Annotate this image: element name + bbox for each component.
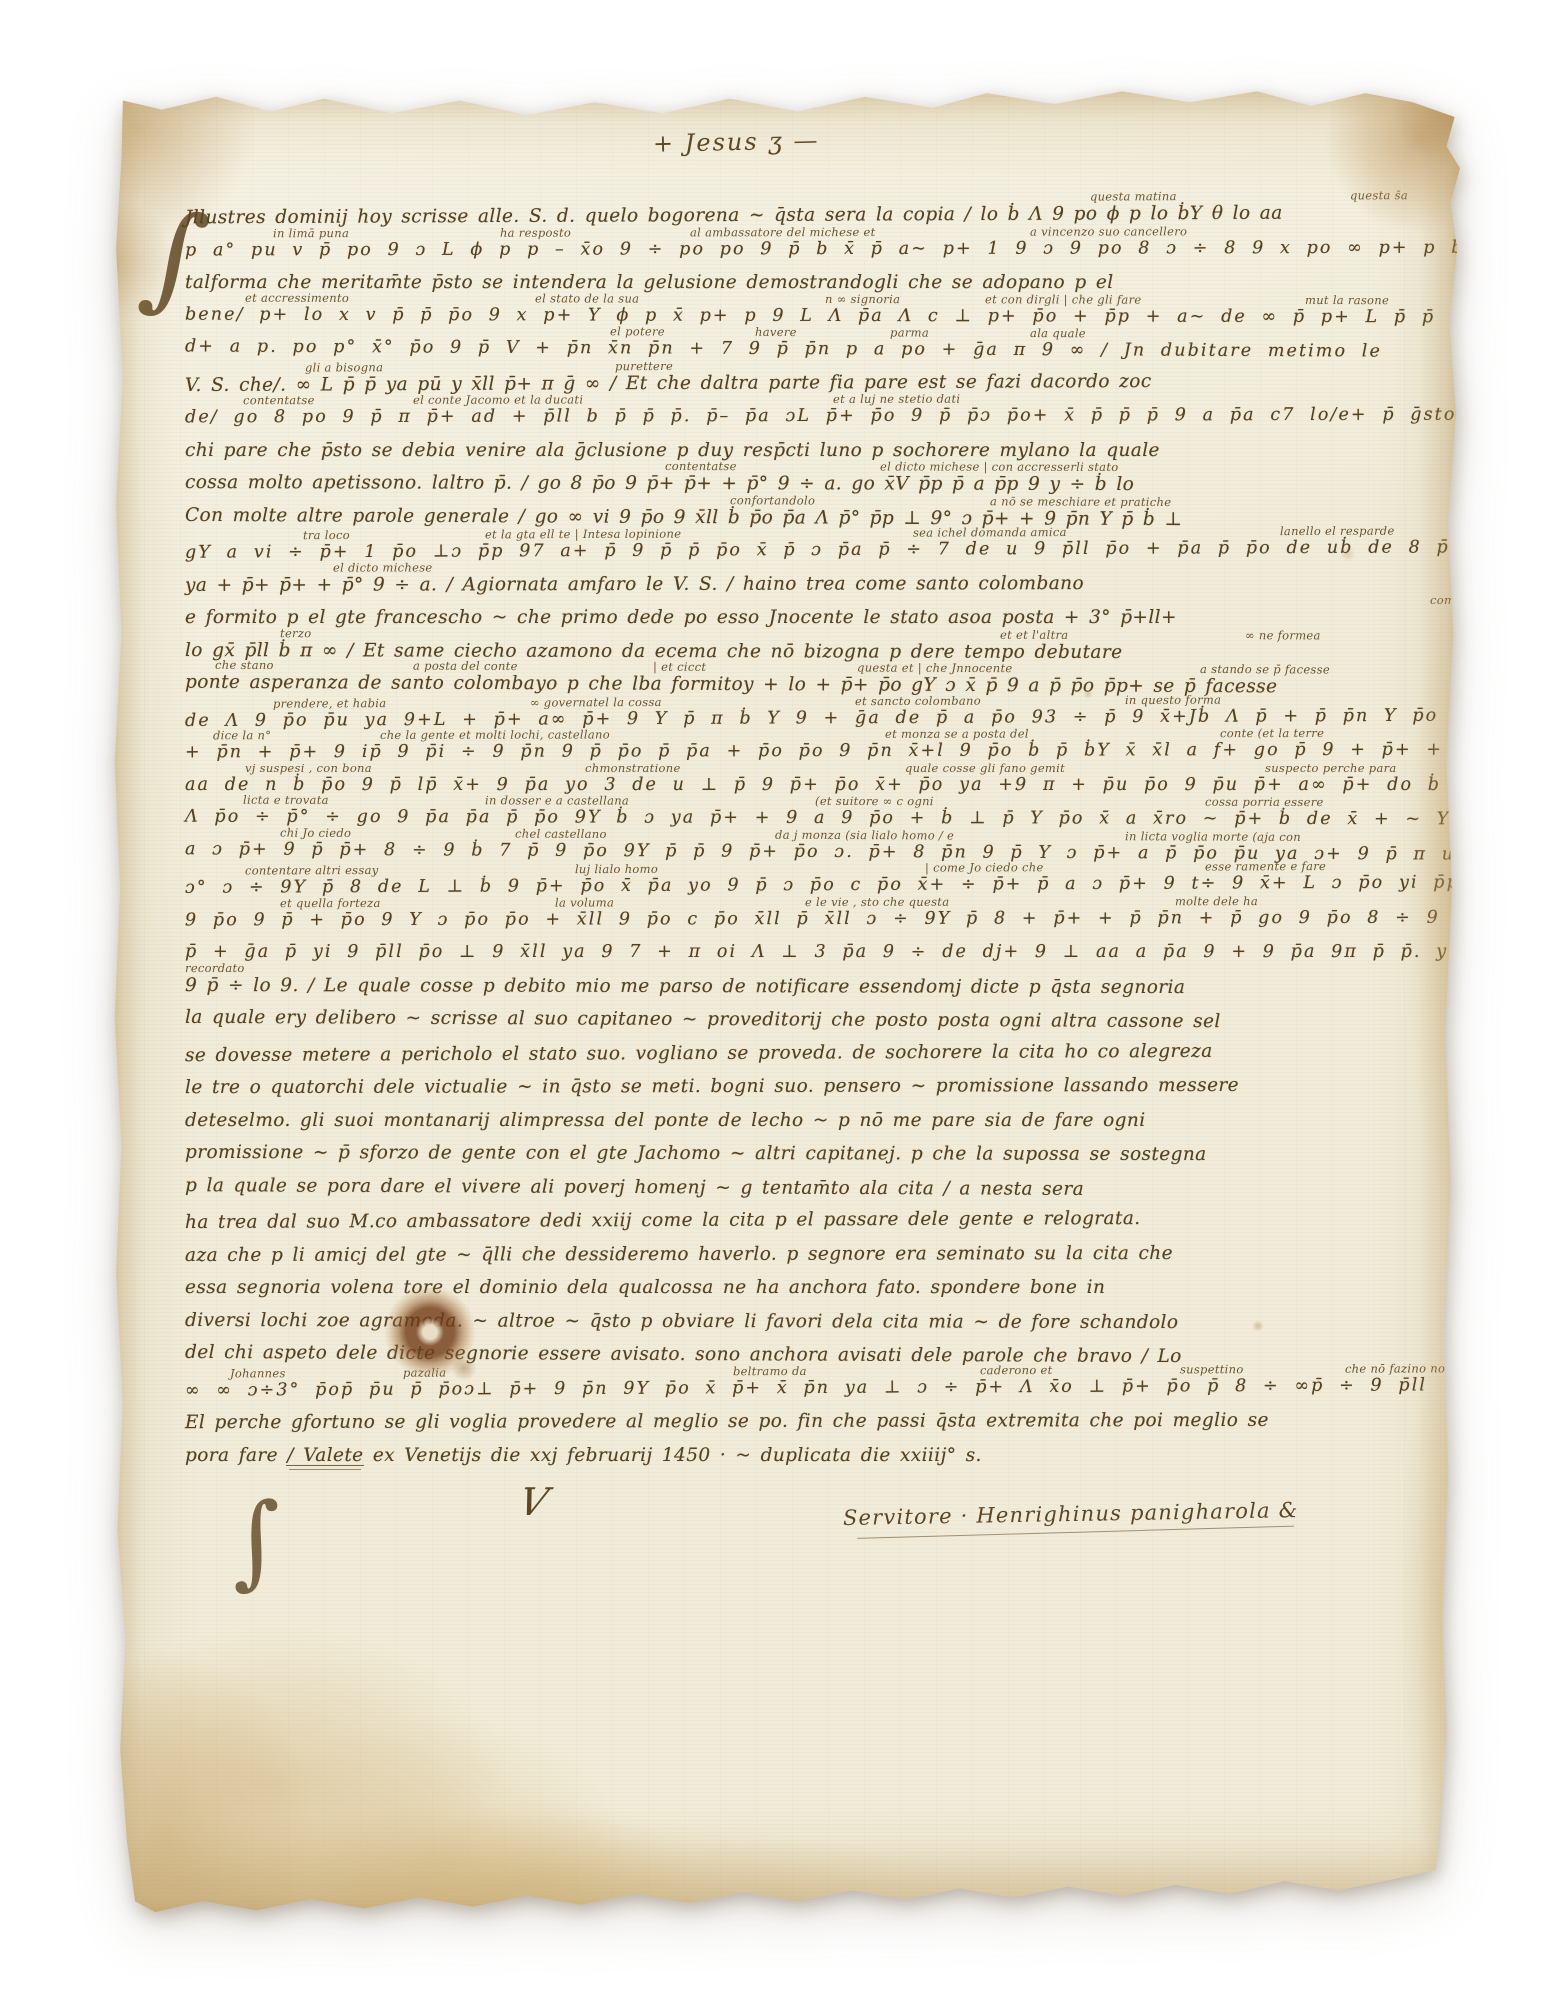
interlinear-gloss: cossa porria essere xyxy=(1205,795,1324,809)
margin-flourish-bottom: ∫ xyxy=(226,1480,286,1600)
paper-sheet: + Jesus ʒ — ∫ Jllustres dominij hoy scri… xyxy=(108,84,1460,1914)
interlinear-gloss: e le vie , sto che questa xyxy=(805,895,949,909)
line-text: Λ p̄o ÷ p̄° ÷ go 9 p̄a p̄a p̄ p̄o 9Y ḃ ɔ… xyxy=(185,807,1484,830)
interlinear-gloss: lanello el resparde xyxy=(1280,524,1395,538)
interlinear-gloss: a stando se p̄ facesse xyxy=(1200,662,1330,677)
interlinear-gloss: terzo xyxy=(280,626,311,640)
photo-background: { "photo": { "background": "#ffffff" }, … xyxy=(0,0,1559,2000)
manuscript-line: cossa molto apetissono. laltro p̄. / go … xyxy=(185,472,1134,495)
signature: Servitore · Henrighinus panigharola & xyxy=(843,1498,1299,1537)
interlinear-gloss: esse ramente e fare xyxy=(1205,859,1326,874)
line-text: V. S. che/. ∞ L p̄ p̄ ya pū y x̄ll p̄+ π… xyxy=(185,371,1152,396)
line-text: talforma che meritam̄te p̄sto se intende… xyxy=(185,272,1114,293)
interlinear-gloss: prendere, et habia xyxy=(273,696,387,710)
line-text: gY a vi ÷ p̄+ 1 p̄o ⊥ɔ p̄p 97 a+ p̄ 9 p̄… xyxy=(185,537,1471,562)
line-text: El perche gfortuno se gli voglia provede… xyxy=(185,1410,1269,1433)
valete-underline-1 xyxy=(286,1465,364,1466)
interlinear-gloss: (et suitore ∞ c ogni xyxy=(815,794,934,808)
line-text: ∞ ∞ ɔ÷3° p̄op̄ p̄u p̄ p̄oɔ⊥ p̄+ 9 p̄n 9Y… xyxy=(185,1375,1427,1400)
interlinear-gloss: a nō se meschiare et pratiche xyxy=(990,494,1171,509)
interlinear-gloss: purettere xyxy=(615,359,673,373)
line-text: p̄ + ḡa p̄ yi 9 p̄ll p̄o ⊥ 9 x̄ll ya 9 7… xyxy=(185,942,1456,962)
manuscript-line: bene/ p+ lo x v p̄ p̄ p̄o 9 x p+ Y ϕ p x… xyxy=(185,305,1506,328)
check-mark: V xyxy=(515,1480,552,1524)
line-text: promissione ~ p̄ sforzo de gente con el … xyxy=(185,1142,1207,1165)
manuscript-line: gY a vi ÷ p̄+ 1 p̄o ⊥ɔ p̄p 97 a+ p̄ 9 p̄… xyxy=(185,537,1471,562)
manuscript-line: se dovesse metere a pericholo el stato s… xyxy=(185,1041,1213,1066)
line-text: + p̄n + p̄+ 9 ip̄ 9 p̄i ÷ 9 p̄n 9 p̄ p̄o… xyxy=(185,740,1499,763)
interlinear-gloss: suspettino xyxy=(1180,1362,1244,1376)
manuscript-line: aa de n ḃ p̄o 9 p̄ lp̄ x̄+ 9 p̄a yo 3 de… xyxy=(185,775,1559,795)
interlinear-gloss: licta e trovata xyxy=(243,793,329,807)
interlinear-gloss: che nō fazino novitate xyxy=(1345,1361,1480,1376)
interlinear-gloss: el dicto michese xyxy=(333,560,433,574)
manuscript-line: ponte asperanza de santo colombayo p che… xyxy=(185,672,1277,698)
interlinear-gloss: questa s̄a xyxy=(1350,188,1408,202)
interlinear-gloss: parma xyxy=(890,325,929,339)
interlinear-gloss: el potere xyxy=(610,324,665,338)
line-text: cossa molto apetissono. laltro p̄. / go … xyxy=(185,472,1134,495)
manuscript-line: 9 p̄ ÷ lo 9. / Le quale cosse p debito m… xyxy=(185,975,1185,998)
interlinear-gloss: Johannes xyxy=(230,1366,286,1380)
interlinear-gloss: in limā puna xyxy=(273,226,349,240)
manuscript-line: le tre o quatorchi dele victualie ~ in q… xyxy=(185,1075,1239,1098)
manuscript-line: ha trea dal suo M.co ambassatore dedi xx… xyxy=(185,1208,1141,1233)
interlinear-gloss: a posta del conte xyxy=(413,659,518,673)
manuscript-line: ya + p̄+ p̄+ + p̄° 9 ÷ a. / Agiornata am… xyxy=(185,573,1084,596)
interlinear-gloss: mut la rasone xyxy=(1305,293,1389,307)
manuscript-line: 9 p̄o 9 p̄ + p̄o 9 Y ɔ p̄o p̄o + x̄ll 9 … xyxy=(185,908,1496,931)
interlinear-gloss: contentatse xyxy=(243,393,315,407)
manuscript-line: ∞ ∞ ɔ÷3° p̄op̄ p̄u p̄ p̄oɔ⊥ p̄+ 9 p̄n 9Y… xyxy=(185,1375,1427,1400)
interlinear-gloss: quale cosse gli fano gemit xyxy=(905,761,1065,775)
manuscript-line: Λ p̄o ÷ p̄° ÷ go 9 p̄a p̄a p̄ p̄o 9Y ḃ ɔ… xyxy=(185,807,1484,830)
interlinear-gloss: in licta voglia morte (aja con xyxy=(1125,829,1301,844)
manuscript-line: diversi lochi zoe agramoda. ~ altroe ~ q… xyxy=(185,1310,1178,1333)
interlinear-gloss: et accressimento xyxy=(245,291,349,305)
line-text: 9 p̄ ÷ lo 9. / Le quale cosse p debito m… xyxy=(185,975,1185,998)
interlinear-gloss: | et cicct xyxy=(653,660,706,674)
interlinear-gloss: confortandolo xyxy=(730,493,815,507)
interlinear-gloss: questa matina xyxy=(1090,189,1177,203)
interlinear-gloss: havere xyxy=(755,325,797,339)
invocation-jesus: + Jesus ʒ — xyxy=(653,126,820,157)
interlinear-gloss: caderono et xyxy=(980,1363,1053,1377)
manuscript-page: + Jesus ʒ — ∫ Jllustres dominij hoy scri… xyxy=(108,84,1460,1914)
interlinear-gloss: conte (et la terre xyxy=(1220,726,1324,740)
interlinear-gloss: chel castellano xyxy=(515,827,607,841)
interlinear-gloss: suspecto perche para xyxy=(1265,761,1397,775)
manuscript-line: p a° pu v p̄ po 9 ɔ L ϕ p p – x̄o 9 ÷ po… xyxy=(185,238,1559,261)
interlinear-gloss: et con dirgli | che gli fare xyxy=(985,292,1141,306)
line-text: aa de n ḃ p̄o 9 p̄ lp̄ x̄+ 9 p̄a yo 3 de… xyxy=(185,775,1559,795)
interlinear-gloss: che stano xyxy=(215,658,274,672)
manuscript-line: promissione ~ p̄ sforzo de gente con el … xyxy=(185,1142,1207,1165)
line-text: e formito p el gte francescho ~ che prim… xyxy=(185,607,1177,628)
line-text: d+ a p. po p° x̄° p̄o 9 p̄ V + p̄n x̄n p… xyxy=(185,336,1382,361)
interlinear-gloss: el dicto michese | con accresserli stato xyxy=(880,459,1118,473)
line-text: diversi lochi zoe agramoda. ~ altroe ~ q… xyxy=(185,1310,1178,1333)
interlinear-gloss: molte dele ha xyxy=(1175,894,1258,908)
interlinear-gloss: beltramo da xyxy=(733,1364,807,1378)
line-text: chi pare che p̄sto se debia venire ala ḡ… xyxy=(185,440,1160,461)
manuscript-line: p la quale se pora dare el vivere ali po… xyxy=(185,1175,1084,1200)
interlinear-gloss: contentatse xyxy=(665,459,737,473)
interlinear-gloss: ∞ ne formea xyxy=(1245,628,1321,642)
line-text: pora fare / Valete ex Venetijs die xxj f… xyxy=(185,1445,982,1466)
manuscript-line: + p̄n + p̄+ 9 ip̄ 9 p̄i ÷ 9 p̄n 9 p̄ p̄o… xyxy=(185,740,1499,763)
line-text: se dovesse metere a pericholo el stato s… xyxy=(185,1041,1213,1066)
line-text: ya + p̄+ p̄+ + p̄° 9 ÷ a. / Agiornata am… xyxy=(185,573,1084,596)
interlinear-gloss: et quella forteza xyxy=(280,896,381,910)
line-text: ponte asperanza de santo colombayo p che… xyxy=(185,672,1277,698)
interlinear-gloss: questa et | che Jnnocente xyxy=(857,661,1013,676)
line-text: p la quale se pora dare el vivere ali po… xyxy=(185,1175,1084,1200)
interlinear-gloss: recordato xyxy=(185,961,245,975)
manuscript-line: p̄ + ḡa p̄ yi 9 p̄ll p̄o ⊥ 9 x̄ll ya 9 7… xyxy=(185,942,1456,962)
interlinear-gloss: | come Jo ciedo che xyxy=(925,860,1044,874)
interlinear-gloss: chi Jo ciedo xyxy=(280,826,351,840)
interlinear-gloss: ∞ governatel la cossa xyxy=(530,695,662,710)
line-text: p a° pu v p̄ po 9 ɔ L ϕ p p – x̄o 9 ÷ po… xyxy=(185,238,1559,261)
line-text: essa segnoria volena tore el dominio del… xyxy=(185,1277,1105,1298)
line-text: aza che p li amicj del gte ~ q̄lli che d… xyxy=(185,1243,1173,1266)
interlinear-gloss: luj lialo homo xyxy=(575,862,658,876)
interlinear-gloss: ala quale xyxy=(1030,326,1086,340)
interlinear-gloss: et monza se a posta del xyxy=(885,727,1029,741)
valete-underline-2 xyxy=(289,1469,361,1470)
manuscript-line: El perche gfortuno se gli voglia provede… xyxy=(185,1410,1269,1433)
manuscript-line: deteselmo. gli suoi montanarij alimpress… xyxy=(185,1110,1146,1131)
manuscript-line: la quale ery delibero ~ scrisse al suo c… xyxy=(185,1007,1221,1032)
line-text: 9 p̄o 9 p̄ + p̄o 9 Y ɔ p̄o p̄o + x̄ll 9 … xyxy=(185,908,1496,931)
interlinear-gloss: et la gta ell te | Intesa lopinione xyxy=(485,527,681,542)
line-text: le tre o quatorchi dele victualie ~ in q… xyxy=(185,1075,1239,1098)
manuscript-line: chi pare che p̄sto se debia venire ala ḡ… xyxy=(185,440,1160,461)
interlinear-gloss: tra loco xyxy=(303,528,350,542)
interlinear-gloss: al ambassatore del michese et xyxy=(690,225,876,239)
manuscript-line: d+ a p. po p° x̄° p̄o 9 p̄ V + p̄n x̄n p… xyxy=(185,336,1382,361)
interlinear-gloss: la voluma xyxy=(555,895,614,909)
interlinear-gloss: a vincenzo suo cancellero xyxy=(1030,224,1187,238)
interlinear-gloss: contentare altri essay xyxy=(245,863,379,878)
line-text: ha trea dal suo M.co ambassatore dedi xx… xyxy=(185,1208,1141,1233)
manuscript-line: pora fare / Valete ex Venetijs die xxj f… xyxy=(185,1445,982,1466)
interlinear-gloss: pazalia xyxy=(403,1366,447,1380)
interlinear-gloss: el conte Jacomo et la ducati xyxy=(413,392,583,406)
line-text: de/ go 8 po 9 p̄ π p̄+ ad + p̄ll b p̄ p̄… xyxy=(185,405,1456,428)
interlinear-gloss: et et l'altra xyxy=(1000,628,1068,642)
interlinear-gloss: et a luj ne stetio dati xyxy=(833,392,960,406)
manuscript-line: talforma che meritam̄te p̄sto se intende… xyxy=(185,272,1114,293)
line-text: deteselmo. gli suoi montanarij alimpress… xyxy=(185,1110,1146,1131)
interlinear-gloss: in questo forma xyxy=(1125,693,1221,707)
manuscript-line: V. S. che/. ∞ L p̄ p̄ ya pū y x̄ll p̄+ π… xyxy=(185,371,1152,396)
interlinear-gloss: dice la n° xyxy=(213,728,271,742)
line-text: bene/ p+ lo x v p̄ p̄ p̄o 9 x p+ Y ϕ p x… xyxy=(185,305,1506,328)
interlinear-gloss: gli a bisogna xyxy=(305,360,383,374)
manuscript-line: e formito p el gte francescho ~ che prim… xyxy=(185,607,1177,628)
letter-body: + Jesus ʒ — ∫ Jllustres dominij hoy scri… xyxy=(108,84,1460,1914)
line-text: la quale ery delibero ~ scrisse al suo c… xyxy=(185,1007,1221,1032)
interlinear-gloss: el stato de la sua xyxy=(535,291,639,305)
interlinear-gloss: in dosser e a castellana xyxy=(485,793,629,807)
interlinear-gloss: sea ichel domanda amica xyxy=(913,525,1067,540)
interlinear-gloss: n ∞ signoria xyxy=(825,292,900,306)
manuscript-line: essa segnoria volena tore el dominio del… xyxy=(185,1277,1105,1298)
manuscript-line: de/ go 8 po 9 p̄ π p̄+ ad + p̄ll b p̄ p̄… xyxy=(185,405,1456,428)
interlinear-gloss: et sancto colombano xyxy=(855,694,981,709)
interlinear-gloss: vj suspesi , con bona xyxy=(245,761,372,775)
interlinear-gloss: che la gente et molti lochi, castellano xyxy=(380,727,610,741)
manuscript-line: aza che p li amicj del gte ~ q̄lli che d… xyxy=(185,1243,1173,1266)
interlinear-gloss: chmonstratione xyxy=(585,761,681,775)
interlinear-gloss: ha resposto xyxy=(500,226,571,240)
interlinear-gloss: da j monza (sia lialo homo / e xyxy=(775,828,954,843)
interlinear-gloss: come xyxy=(1430,593,1462,607)
